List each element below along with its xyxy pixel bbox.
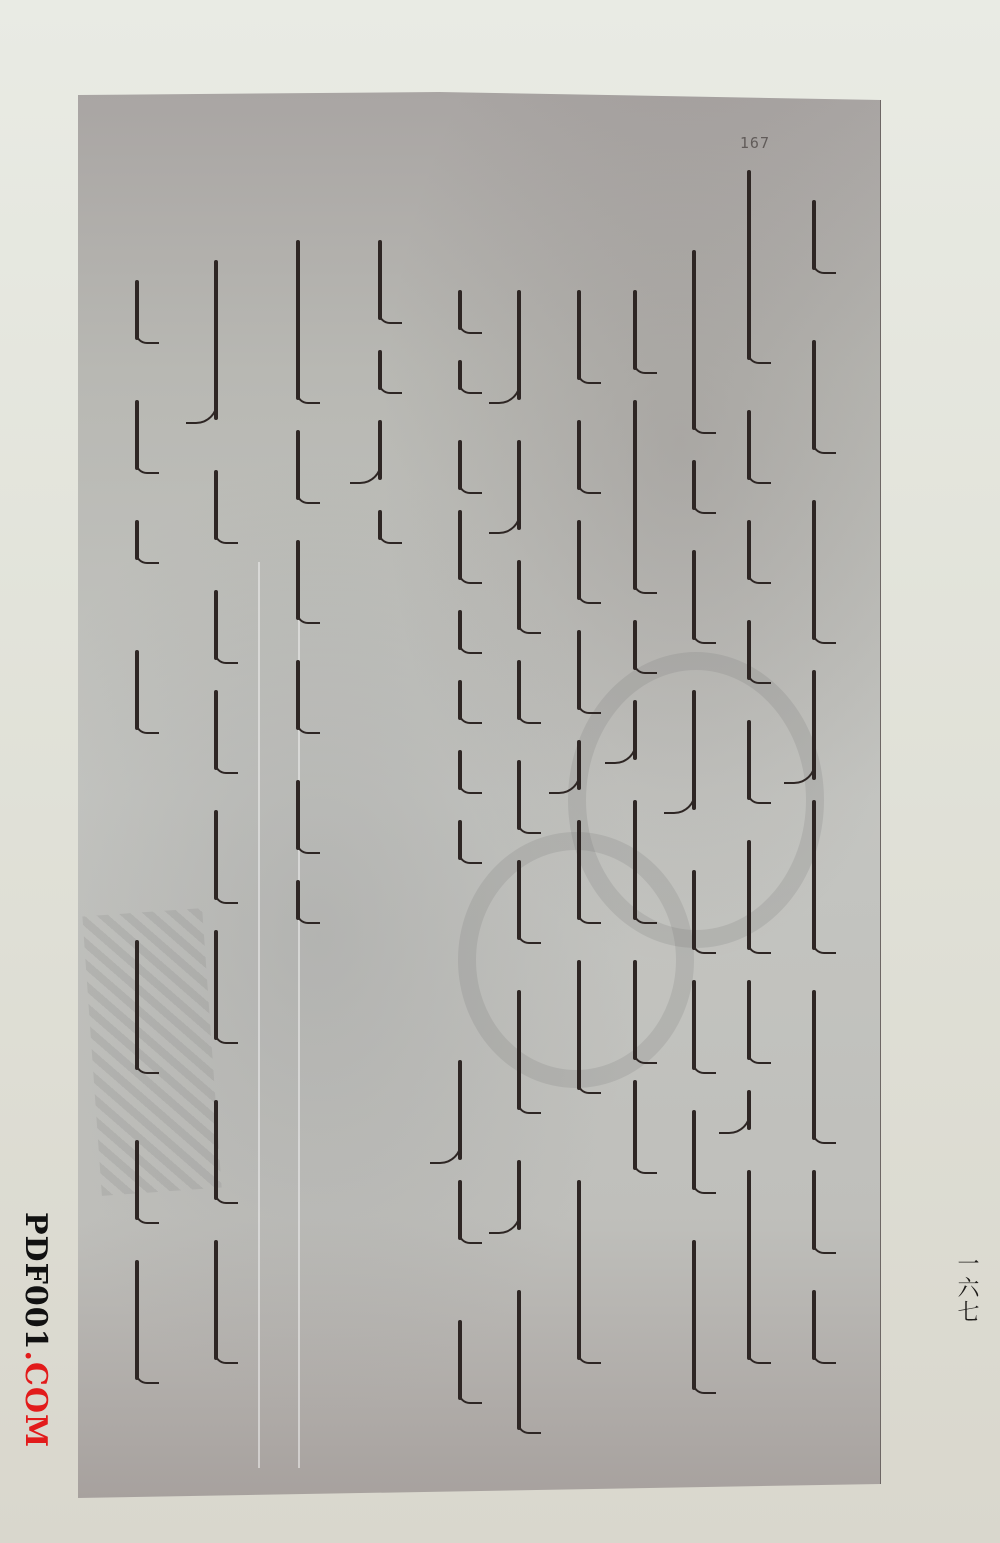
script-word [214,260,218,420]
script-word [214,1100,218,1200]
script-word [692,250,696,430]
script-word [747,720,751,800]
script-word [633,960,637,1060]
script-word [378,510,382,540]
script-word [747,1170,751,1360]
script-word [517,1160,521,1230]
script-word [135,280,139,340]
script-column [123,92,153,1498]
script-word [458,610,462,650]
script-word [692,460,696,510]
script-word [296,430,300,500]
script-word [812,340,816,450]
script-word [214,590,218,660]
script-word [812,1290,816,1360]
script-word [812,1170,816,1250]
script-column [621,92,651,1498]
script-word [633,1080,637,1170]
script-word [458,680,462,720]
script-word [214,930,218,1040]
script-column [202,92,232,1498]
script-word [458,290,462,330]
script-word [517,990,521,1110]
script-word [692,550,696,640]
script-word [296,540,300,620]
script-column [565,92,595,1498]
script-word [296,240,300,400]
page-number: 一六七 [951,1252,982,1324]
script-column [446,92,476,1498]
script-word [747,1090,751,1130]
script-word [577,630,581,710]
script-word [633,400,637,590]
script-word [296,660,300,730]
script-word [458,1180,462,1240]
watermark-tld: .COM [18,1351,53,1449]
script-word [458,750,462,790]
script-word [458,1060,462,1160]
script-word [214,810,218,900]
script-word [458,360,462,390]
script-word [214,1240,218,1360]
script-column [505,92,535,1498]
script-word [517,660,521,720]
script-word [135,1140,139,1220]
script-word [517,1290,521,1430]
script-column [800,92,830,1498]
script-word [135,520,139,560]
script-word [458,1320,462,1400]
script-word [135,650,139,730]
script-word [633,620,637,670]
script-word [296,880,300,920]
script-word [135,400,139,470]
script-word [812,800,816,950]
script-word [214,690,218,770]
script-word [458,820,462,860]
manuscript-plate: 167 [78,92,881,1498]
script-column [680,92,710,1498]
script-word [747,620,751,680]
script-word [458,510,462,580]
script-word [747,410,751,480]
script-word [747,520,751,580]
script-word [296,780,300,850]
script-word [577,960,581,1090]
script-column [284,92,314,1498]
script-word [692,1240,696,1390]
script-word [214,470,218,540]
script-word [378,420,382,480]
script-word [692,690,696,810]
script-word [633,290,637,370]
script-word [378,350,382,390]
script-word [517,760,521,830]
script-word [692,980,696,1070]
script-word [812,670,816,780]
script-word [135,940,139,1070]
script-word [517,290,521,400]
script-word [812,200,816,270]
script-word [577,740,581,790]
watermark: PDF001.COM [18,1212,53,1448]
script-word [747,980,751,1060]
script-word [517,860,521,940]
script-word [692,870,696,950]
script-word [577,290,581,380]
script-word [747,840,751,950]
script-word [517,440,521,530]
script-word [747,170,751,360]
script-word [633,700,637,760]
script-word [378,240,382,320]
script-word [458,440,462,490]
script-word [812,990,816,1140]
script-word [577,520,581,600]
script-word [692,1110,696,1190]
script-word [577,420,581,490]
script-column [735,92,765,1498]
script-word [135,1260,139,1380]
script-word [577,820,581,920]
fold-crease [258,562,260,1468]
watermark-main: PDF001 [18,1212,53,1351]
script-column [366,92,396,1498]
script-word [812,500,816,640]
script-word [633,800,637,920]
script-word [517,560,521,630]
script-word [577,1180,581,1360]
